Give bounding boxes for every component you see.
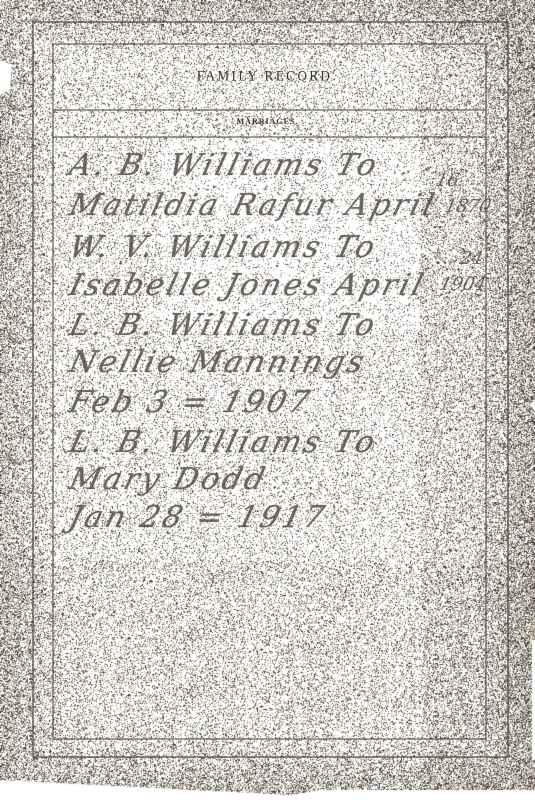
margin-date: 1904 bbox=[438, 274, 488, 295]
entry-line: Mary Dodd bbox=[66, 462, 272, 497]
entry-line: W. V. Williams To bbox=[66, 230, 382, 265]
margin-date: 1870 bbox=[443, 196, 493, 217]
entry-line: L. B. Williams To bbox=[66, 425, 382, 460]
page-title: FAMILY RECORD. bbox=[0, 67, 535, 85]
entry-line: Jan 28 = 1917 bbox=[66, 500, 331, 535]
section-heading: MARRIAGES. bbox=[0, 117, 535, 126]
entry-line: A. B. Williams To bbox=[66, 148, 383, 183]
margin-date: 24 bbox=[458, 248, 485, 269]
entry-line: Nellie Mannings bbox=[66, 345, 371, 380]
entry-line: Feb 3 = 1907 bbox=[66, 385, 316, 420]
entry-line: Isabelle Jones April bbox=[66, 268, 430, 303]
entry-line: L. B. Williams To bbox=[66, 308, 382, 343]
margin-date: 16 bbox=[434, 170, 461, 191]
entry-line: Matildia Rafur April bbox=[66, 188, 441, 223]
